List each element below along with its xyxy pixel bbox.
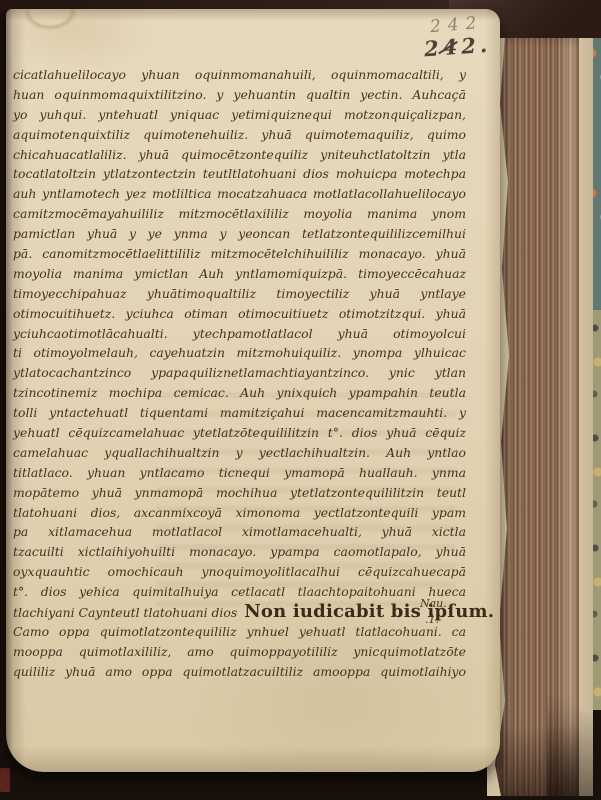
manuscript-line-text: tzincotinemiz mochipa cemicac. Auh ynixq… [13, 385, 466, 400]
manuscript-line-text: chicahuacatlaliliz. yhuā quimocētzontequ… [13, 147, 466, 162]
manuscript-photo: 242 242. cicatlahuelilocayo yhuan oquinm… [0, 0, 601, 800]
manuscript-line-text: aquimotenquixtiliz quimotenehuiliz. yhuā… [13, 127, 466, 142]
manuscript-line-text: mooppa quimotlaxililiz, amo quimoppayoti… [13, 644, 466, 659]
manuscript-line: titlatlaco. yhuan yntlacamo ticnequi yma… [13, 463, 466, 483]
manuscript-line: aquimotenquixtiliz quimotenehuiliz. yhuā… [13, 125, 466, 145]
margin-citation-chapter: .1. [420, 612, 447, 628]
marbled-board-sliver [0, 768, 10, 792]
margin-citation: Nau. .1. [420, 596, 447, 628]
manuscript-line-text: pa xitlamacehua motlatlacol ximotlamaceh… [13, 524, 466, 539]
manuscript-line: mooppa quimotlaxililiz, amo quimoppayoti… [13, 642, 466, 662]
manuscript-line: yo yuhqui. yntehuatl yniquac yetimiquizn… [13, 105, 466, 125]
manuscript-line-text: tzacuilti xictlaihiyohuilti monacayo. yp… [13, 544, 466, 559]
fore-edge-shadow [547, 666, 593, 796]
manuscript-line: huan oquinmomaquixtilitzino. y yehuantin… [13, 85, 466, 105]
manuscript-line-text: mopātemo yhuā ynmamopā mochihua ytetlatz… [13, 485, 466, 500]
manuscript-line: tlatohuani dios, axcanmixcoyā ximonoma y… [13, 503, 466, 523]
manuscript-line-text: camitzmocēmayahuililiz mitzmocētlaxilili… [13, 206, 466, 221]
manuscript-line-text: yo yuhqui. yntehuatl yniquac yetimiquizn… [13, 107, 466, 122]
manuscript-line-text: moyolia manima ymictlan Auh yntlamomiqui… [13, 266, 466, 281]
manuscript-line: Camo oppa quimotlatzontequililiz ynhuel … [13, 622, 466, 642]
manuscript-line: tocatlatoltzin ytlatzontectzin teutltlat… [13, 164, 466, 184]
manuscript-line: cicatlahuelilocayo yhuan oquinmomanahuil… [13, 65, 466, 85]
manuscript-line: camelahuac yquallachihualtzin y yectlach… [13, 443, 466, 463]
manuscript-line-text: quililiz yhuā amo oppa quimotlatzacuilti… [13, 664, 466, 679]
manuscript-line: tzacuilti xictlaihiyohuilti monacayo. yp… [13, 542, 466, 562]
manuscript-line-text: Camo oppa quimotlatzontequililiz ynhuel … [13, 624, 466, 639]
manuscript-line: chicahuacatlaliliz. yhuā quimocētzontequ… [13, 145, 466, 165]
manuscript-line: pa xitlamacehua motlatlacol ximotlamaceh… [13, 522, 466, 542]
manuscript-line: yciuhcaotimotlācahualti. ytechpamotlatla… [13, 324, 466, 344]
margin-citation-source: Nau. [420, 596, 447, 612]
manuscript-line: camitzmocēmayahuililiz mitzmocētlaxilili… [13, 204, 466, 224]
manuscript-line: ytlatocachantzinco ypapaquiliznetlamacht… [13, 363, 466, 383]
manuscript-line: oyxquauhtic omochicauh ynoquimoyolitlaca… [13, 562, 466, 582]
manuscript-line-text: t°. dios yehica quimitalhuiya cetlacatl … [13, 584, 466, 599]
manuscript-line: pā. canomitzmocētlaelittililiz mitzmocēt… [13, 244, 466, 264]
manuscript-line-text: ti otimoyolmelauh, cayehuatzin mitzmohui… [13, 345, 466, 360]
manuscript-line-text: pamictlan yhuā y ye ynma y yeoncan tetla… [13, 226, 466, 241]
manuscript-line: ti otimoyolmelauh, cayehuatzin mitzmohui… [13, 343, 466, 363]
manuscript-line: mopātemo yhuā ynmamopā mochihua ytetlatz… [13, 483, 466, 503]
latin-quote: Non iudicabit bis ipſum. [237, 601, 494, 622]
manuscript-line-text: yciuhcaotimotlācahualti. ytechpamotlatla… [13, 326, 466, 341]
manuscript-line-text: tlachiyani Caynteutl tlatohuani dios [13, 605, 237, 620]
manuscript-line-text: pā. canomitzmocētlaelittililiz mitzmocēt… [13, 246, 466, 261]
folio-number-ink: 242. [423, 32, 492, 62]
manuscript-line-text: camelahuac yquallachihualtzin y yectlach… [13, 445, 466, 460]
manuscript-line: tolli yntactehuatl tiquentami mamitziçah… [13, 403, 466, 423]
manuscript-line-text: otimocuitihuetz. yciuhca otiman otimocui… [13, 306, 466, 321]
manuscript-line-text: huan oquinmomaquixtilitzino. y yehuantin… [13, 87, 466, 102]
manuscript-line-text: oyxquauhtic omochicauh ynoquimoyolitlaca… [13, 564, 466, 579]
manuscript-line: tlachiyani Caynteutl tlatohuani diosNon … [13, 602, 466, 622]
manuscript-line: t°. dios yehica quimitalhuiya cetlacatl … [13, 582, 466, 602]
manuscript-line: timoyecchipahuaz yhuātimoqualtiliz timoy… [13, 284, 466, 304]
manuscript-line: quililiz yhuā amo oppa quimotlatzacuilti… [13, 662, 466, 682]
manuscript-line: yehuatl cēquizcamelahuac ytetlatzōtequil… [13, 423, 466, 443]
manuscript-line-text: tocatlatoltzin ytlatzontectzin teutltlat… [13, 166, 466, 181]
manuscript-line-text: ytlatocachantzinco ypapaquiliznetlamacht… [13, 365, 466, 380]
manuscript-line-text: auh yntlamotech yez motliltica mocatzahu… [13, 186, 466, 201]
manuscript-line-text: tolli yntactehuatl tiquentami mamitziçah… [13, 405, 466, 420]
book-fore-edge [487, 9, 593, 796]
manuscript-line: pamictlan yhuā y ye ynma y yeoncan tetla… [13, 224, 466, 244]
manuscript-line: otimocuitihuetz. yciuhca otiman otimocui… [13, 304, 466, 324]
manuscript-line-text: titlatlaco. yhuan yntlacamo ticnequi yma… [13, 465, 466, 480]
manuscript-line: tzincotinemiz mochipa cemicac. Auh ynixq… [13, 383, 466, 403]
manuscript-line-text: cicatlahuelilocayo yhuan oquinmomanahuil… [13, 67, 466, 82]
manuscript-line-text: yehuatl cēquizcamelahuac ytetlatzōtequil… [13, 425, 466, 440]
manuscript-line-text: tlatohuani dios, axcanmixcoyā ximonoma y… [13, 505, 466, 520]
manuscript-text-block: cicatlahuelilocayo yhuan oquinmomanahuil… [13, 65, 466, 682]
manuscript-line: auh yntlamotech yez motliltica mocatzahu… [13, 184, 466, 204]
manuscript-page: 242 242. cicatlahuelilocayo yhuan oquinm… [6, 9, 500, 772]
manuscript-line-text: timoyecchipahuaz yhuātimoqualtiliz timoy… [13, 286, 466, 301]
manuscript-line: moyolia manima ymictlan Auh yntlamomiqui… [13, 264, 466, 284]
